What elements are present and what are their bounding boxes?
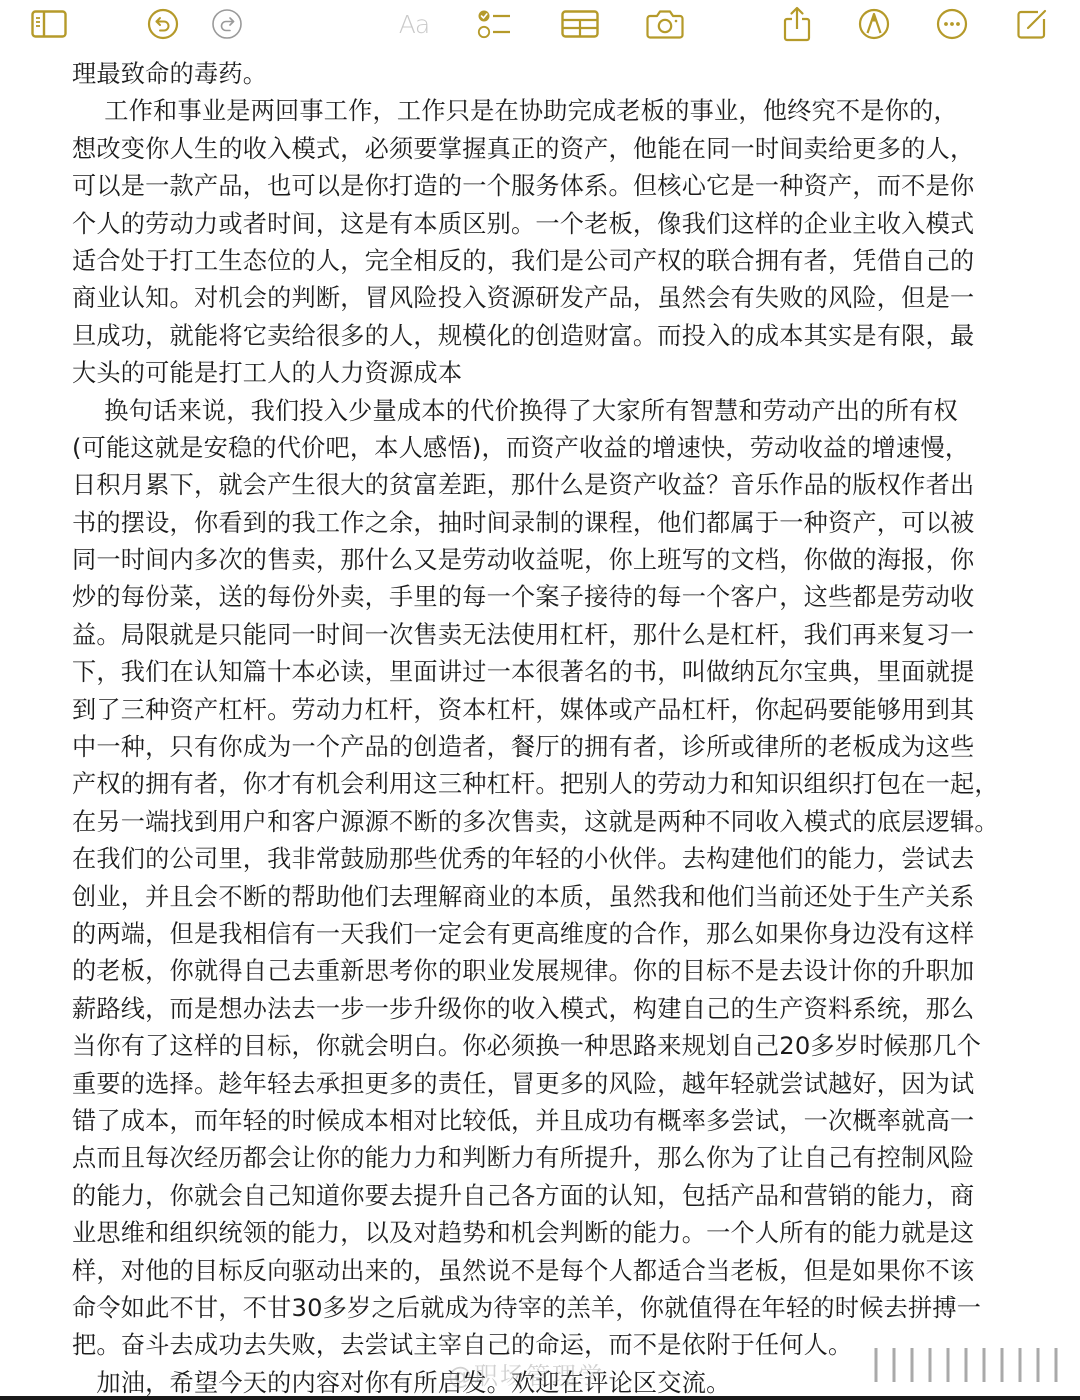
note-line: 点而且每次经历都会让你的能力力和判断力有所提升，那么你为了让自己有控制风险 <box>72 1140 1022 1177</box>
camera-icon <box>646 9 684 39</box>
note-line: 产权的拥有者，你才有机会利用这三种杠杆。把别人的劳动力和知识组织打包在一起， <box>72 766 1022 803</box>
note-line: 重要的选择。趁年轻去承担更多的责任，冒更多的风险，越年轻就尝试越好，因为试 <box>72 1066 1022 1103</box>
note-line: 想改变你人生的收入模式，必须要掌握真正的资产，他能在同一时间卖给更多的人， <box>72 131 1022 168</box>
undo-button[interactable] <box>143 4 183 44</box>
markup-button[interactable] <box>854 4 894 44</box>
note-line: 创业，并且会不断的帮助他们去理解商业的本质，虽然我和他们当前还处于生产关系 <box>72 879 1022 916</box>
checklist-button[interactable] <box>475 4 515 44</box>
text-format-icon: Aa <box>399 10 429 39</box>
note-line: 加油，希望今天的内容对你有所启发。欢迎在评论区交流。 <box>72 1365 1022 1400</box>
notes-toolbar: Aa <box>0 0 1080 50</box>
note-line: 在我们的公司里，我非常鼓励那些优秀的年轻的小伙伴。去构建他们的能力，尝试去 <box>72 841 1022 878</box>
note-line: 业思维和组织统领的能力，以及对趋势和机会判断的能力。一个人所有的能力就是这 <box>72 1215 1022 1252</box>
note-line: 错了成本，而年轻的时候成本相对比较低，并且成功有概率多尝试，一次概率就高一 <box>72 1103 1022 1140</box>
note-line: 薪路线，而是想办法去一步一步升级你的收入模式，构建自己的生产资料系统，那么 <box>72 991 1022 1028</box>
redo-icon <box>211 8 243 40</box>
checklist-icon <box>477 9 513 39</box>
note-line: 样，对他的目标反向驱动出来的，虽然说不是每个人都适合当老板，但是如果你不该 <box>72 1253 1022 1290</box>
note-body[interactable]: 理最致命的毒药。 工作和事业是两回事工作，工作只是在协助完成老板的事业，他终究不… <box>72 56 1022 1400</box>
more-icon <box>936 8 968 40</box>
more-button[interactable] <box>932 4 972 44</box>
note-line: (可能这就是安稳的代价吧，本人感悟)，而资产收益的增速快，劳动收益的增速慢， <box>72 430 1022 467</box>
note-line: 的老板，你就得自己去重新思考你的职业发展规律。你的目标不是去设计你的升职加 <box>72 953 1022 990</box>
camera-button[interactable] <box>645 4 685 44</box>
note-line: 炒的每份菜，送的每份外卖，手里的每一个案子接待的每一个客户，这些都是劳动收 <box>72 579 1022 616</box>
note-line: 在另一端找到用户和客户源源不断的多次售卖，这就是两种不同收入模式的底层逻辑。 <box>72 804 1022 841</box>
note-line: 书的摆设，你看到的我工作之余，抽时间录制的课程，他们都属于一种资产，可以被 <box>72 505 1022 542</box>
markup-pen-icon <box>858 8 890 40</box>
note-line: 日积月累下，就会产生很大的贫富差距，那什么是资产收益？音乐作品的版权作者出 <box>72 467 1022 504</box>
note-line: 益。局限就是只能同一时间一次售卖无法使用杠杆，那什么是杠杆，我们再来复习一 <box>72 617 1022 654</box>
note-line: 中一种，只有你成为一个产品的创造者，餐厅的拥有者，诊所或律所的老板成为这些 <box>72 729 1022 766</box>
compose-button[interactable] <box>1012 4 1052 44</box>
compose-icon <box>1016 8 1048 40</box>
note-line: 把。奋斗去成功去失败，去尝试主宰自己的命运，而不是依附于任何人。 <box>72 1327 1022 1364</box>
sidebar-button[interactable] <box>29 4 69 44</box>
note-line: 当你有了这样的目标，你就会明白。你必须换一种思路来规划自己20多岁时候那几个 <box>72 1028 1022 1065</box>
note-line: 商业认知。对机会的判断，冒风险投入资源研发产品，虽然会有失败的风险，但是一 <box>72 280 1022 317</box>
note-line: 的能力，你就会自己知道你要去提升自己各方面的认知，包括产品和营销的能力，商 <box>72 1178 1022 1215</box>
share-button[interactable] <box>777 4 817 44</box>
bottom-edge-bar <box>0 1396 1080 1400</box>
note-line: 下，我们在认知篇十本必读，里面讲过一本很著名的书，叫做纳瓦尔宝典，里面就提 <box>72 654 1022 691</box>
note-line: 适合处于打工生态位的人，完全相反的，我们是公司产权的联合拥有者，凭借自己的 <box>72 243 1022 280</box>
note-line: 大头的可能是打工人的人力资源成本 <box>72 355 1022 392</box>
share-icon <box>782 6 812 42</box>
redo-button[interactable] <box>207 4 247 44</box>
sidebar-icon <box>31 10 67 38</box>
note-line: 换句话来说，我们投入少量成本的代价换得了大家所有智慧和劳动产出的所有权 <box>72 393 1022 430</box>
text-format-button[interactable]: Aa <box>392 4 436 44</box>
note-line: 工作和事业是两回事工作，工作只是在协助完成老板的事业，他终究不是你的， <box>72 93 1022 130</box>
note-line: 到了三种资产杠杆。劳动力杠杆，资本杠杆，媒体或产品杠杆，你起码要能够用到其 <box>72 692 1022 729</box>
note-line: 个人的劳动力或者时间，这是有本质区别。一个老板，像我们这样的企业主收入模式 <box>72 206 1022 243</box>
note-line: 的两端，但是我相信有一天我们一定会有更高维度的合作，那么如果你身边没有这样 <box>72 916 1022 953</box>
note-line: 理最致命的毒药。 <box>72 56 1022 93</box>
table-button[interactable] <box>560 4 600 44</box>
note-line: 同一时间内多次的售卖，那什么又是劳动收益呢，你上班写的文档，你做的海报，你 <box>72 542 1022 579</box>
undo-icon <box>147 8 179 40</box>
table-icon <box>561 10 599 38</box>
note-line: 旦成功，就能将它卖给很多的人，规模化的创造财富。而投入的成本其实是有限，最 <box>72 318 1022 355</box>
note-line: 命令如此不甘，不甘30多岁之后就成为待宰的羔羊，你就值得在年轻的时候去拼搏一 <box>72 1290 1022 1327</box>
note-line: 可以是一款产品，也可以是你打造的一个服务体系。但核心它是一种资产，而不是你 <box>72 168 1022 205</box>
